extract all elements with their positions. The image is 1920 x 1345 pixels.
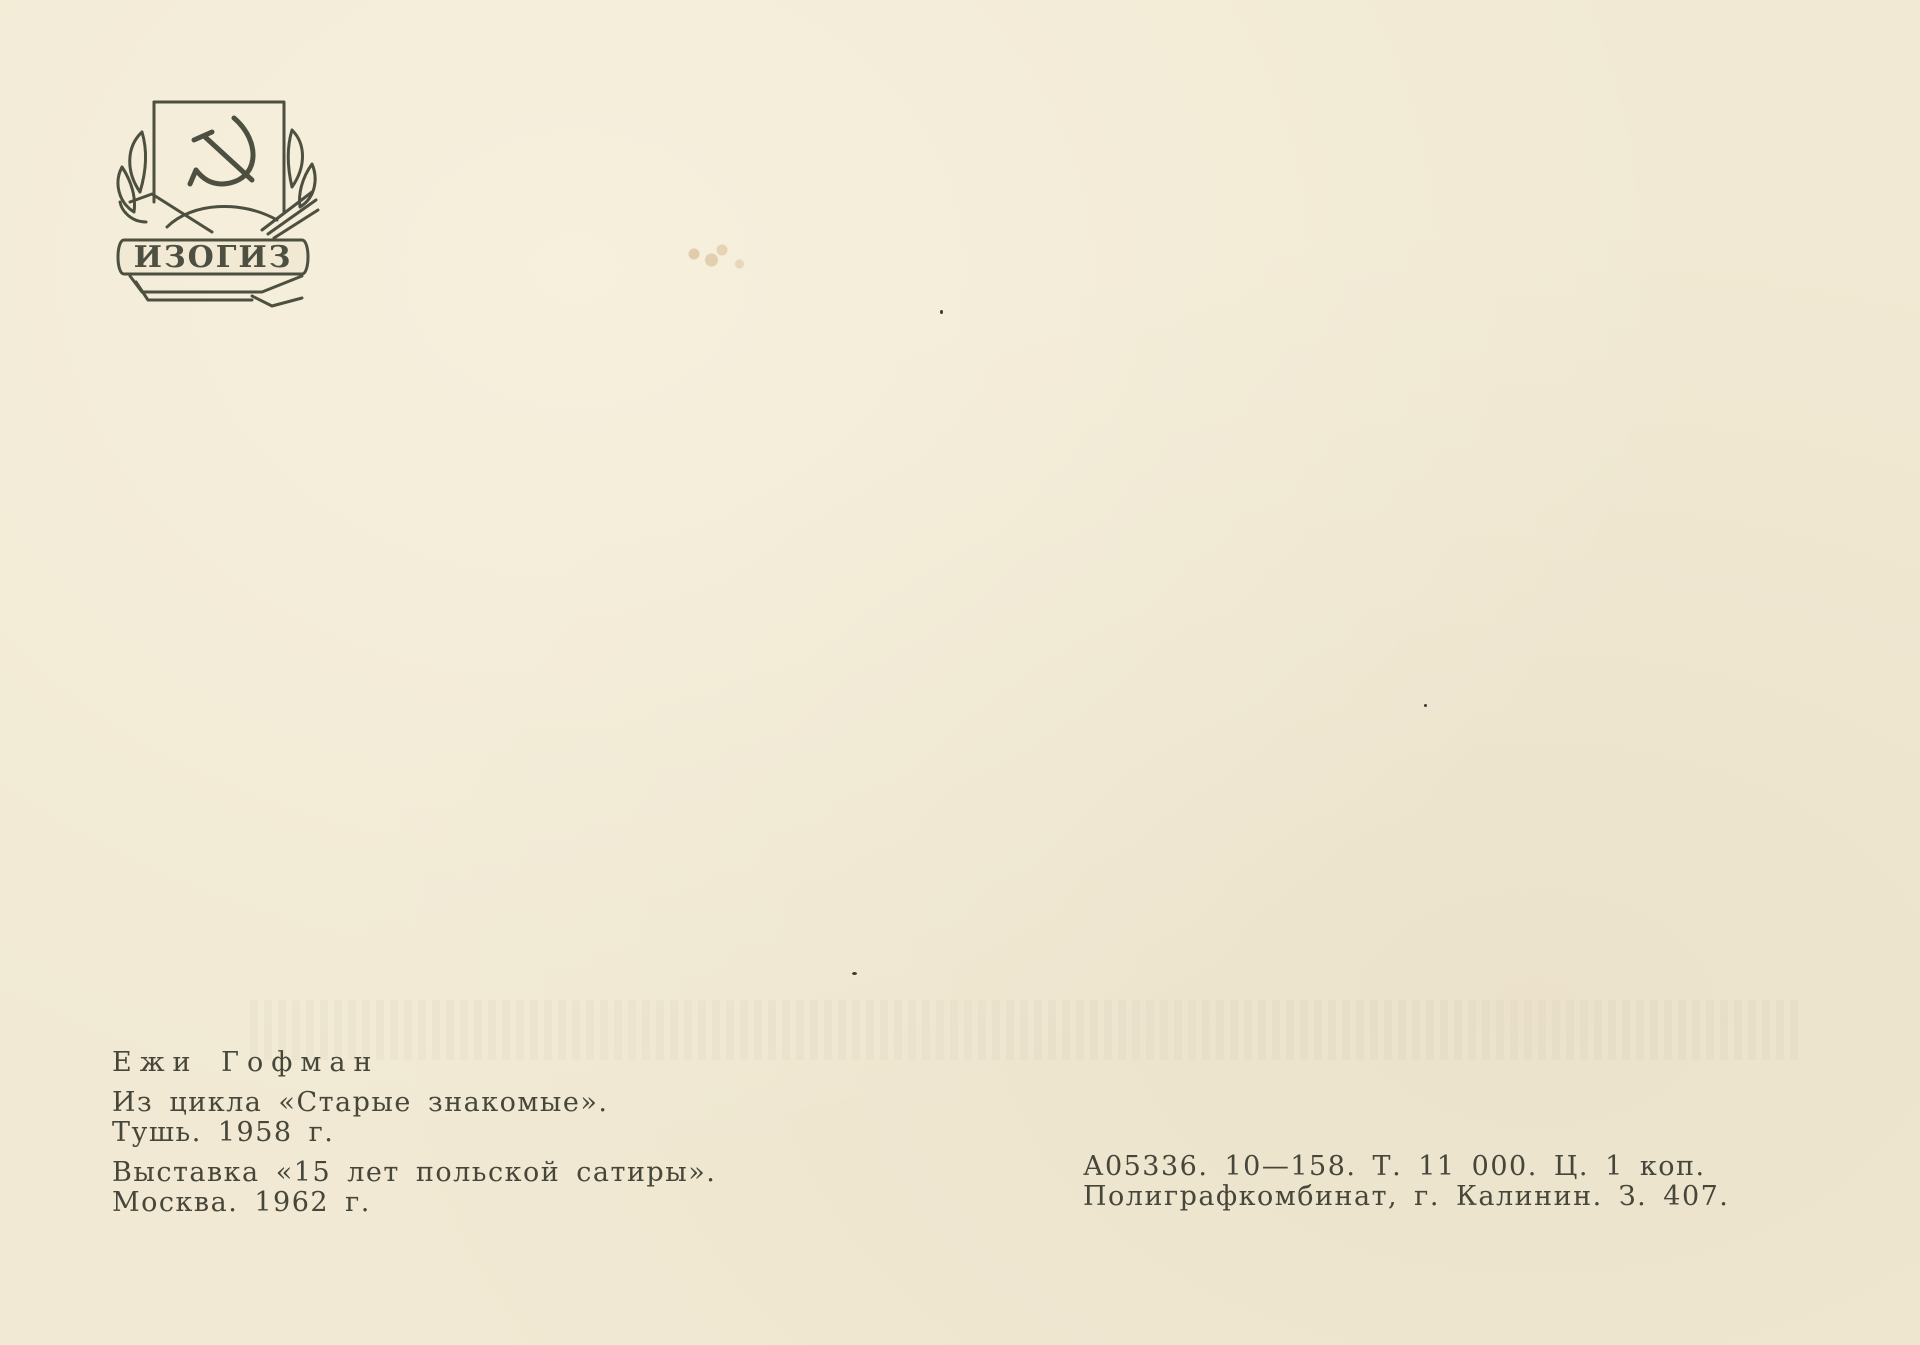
author-name: Ежи Гофман [112, 1048, 716, 1078]
paper-speck [1424, 704, 1427, 707]
paper-stain [680, 238, 750, 278]
caption-exhibition: Выставка «15 лет польской сатиры». [112, 1158, 716, 1188]
print-imprint: А05336. 10—158. Т. 11 000. Ц. 1 коп. Пол… [1083, 1152, 1729, 1212]
izogiz-logo: ИЗОГИЗ [112, 92, 322, 322]
logo-label: ИЗОГИЗ [134, 240, 293, 275]
caption-series: Из цикла «Старые знакомые». [112, 1088, 716, 1118]
hammer-and-sickle-icon [190, 118, 253, 184]
caption-place-year: Москва. 1962 г. [112, 1188, 716, 1218]
paper-speck [940, 310, 943, 314]
artwork-caption: Ежи Гофман Из цикла «Старые знакомые». Т… [112, 1048, 716, 1218]
banner-frame-icon [154, 102, 284, 212]
paper-speck [852, 972, 857, 975]
imprint-printer: Полиграфкомбинат, г. Калинин. З. 407. [1083, 1182, 1729, 1212]
laurel-right-icon [288, 130, 315, 207]
laurel-left-icon [118, 132, 146, 222]
imprint-codes: А05336. 10—158. Т. 11 000. Ц. 1 коп. [1083, 1152, 1729, 1182]
caption-medium-year: Тушь. 1958 г. [112, 1118, 716, 1148]
